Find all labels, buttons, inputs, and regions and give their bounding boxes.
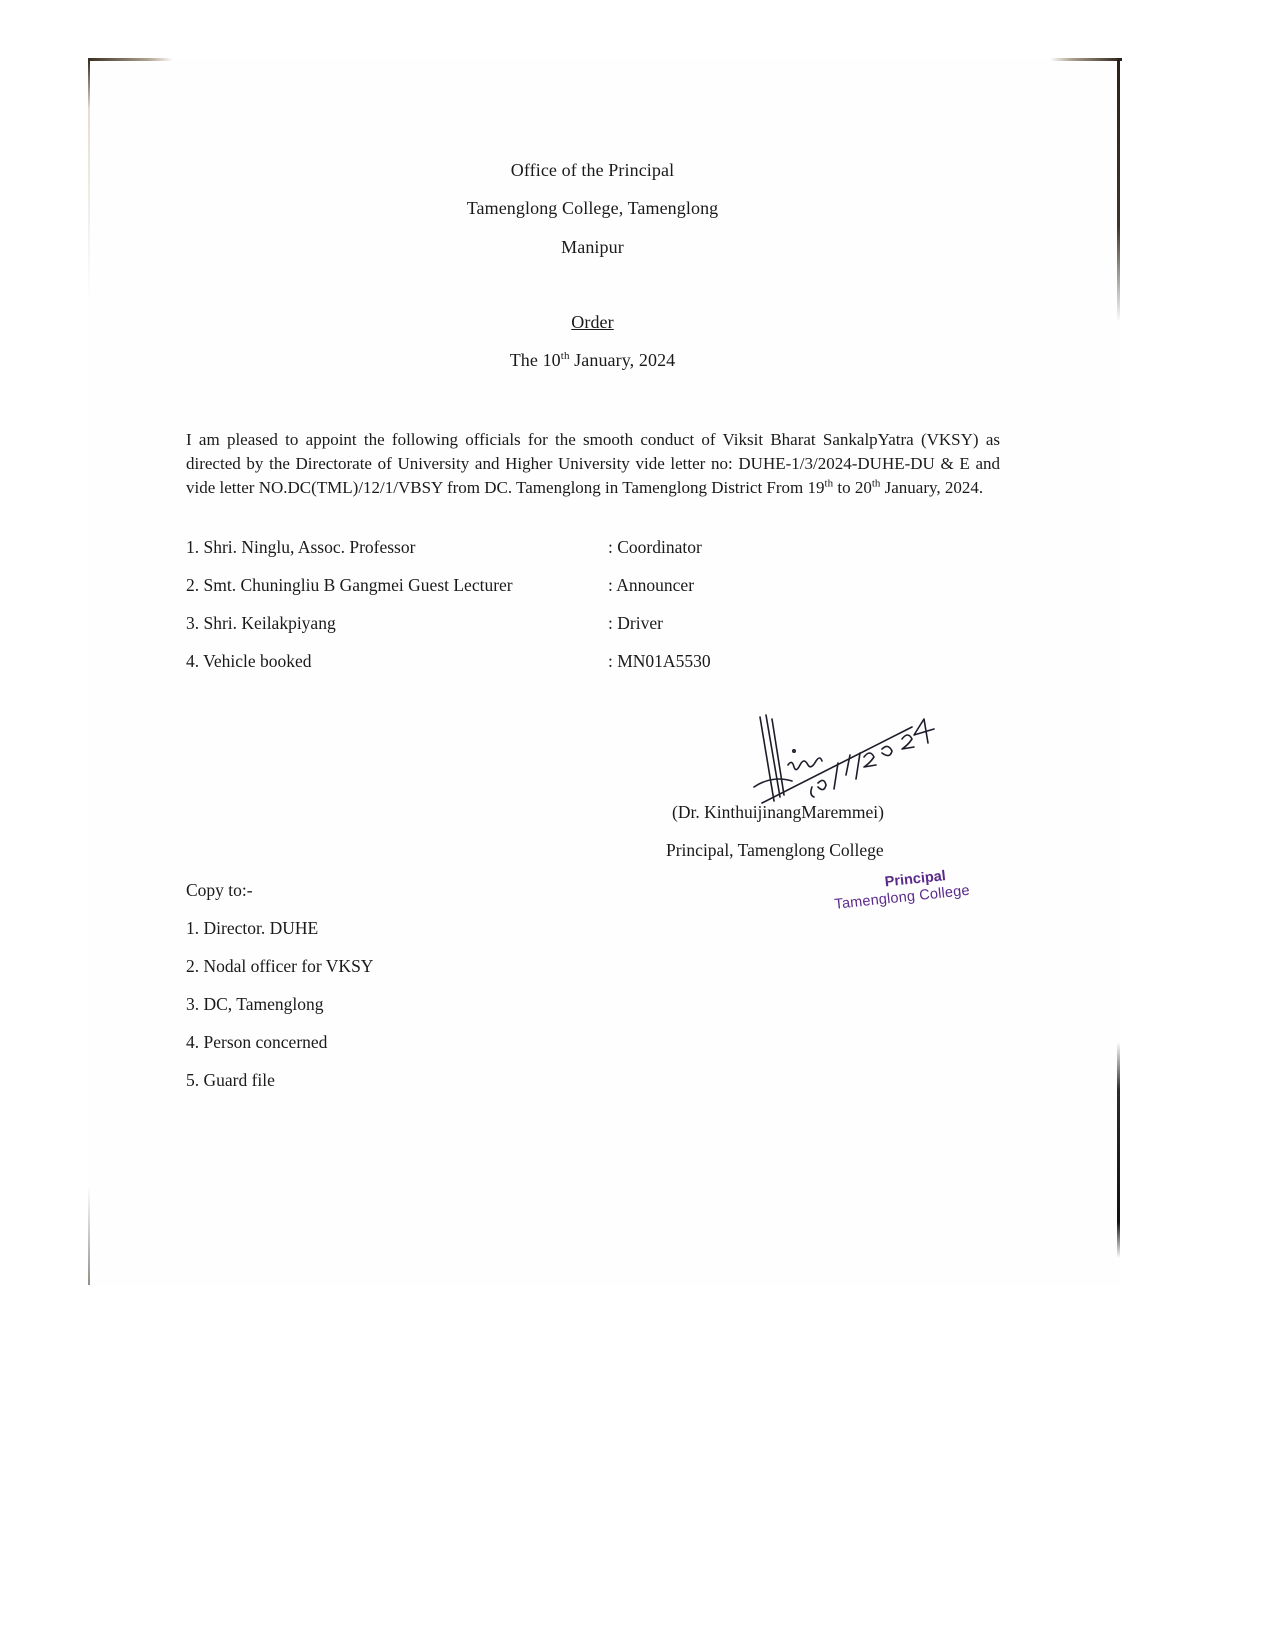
copy-to-item: 1. Director. DUHE (186, 918, 318, 939)
order-paragraph: I am pleased to appoint the following of… (186, 428, 1000, 500)
state-heading: Manipur (0, 237, 1185, 258)
page-edge-top-right (1050, 58, 1122, 61)
copy-to-item: 2. Nodal officer for VKSY (186, 956, 373, 977)
college-heading: Tamenglong College, Tamenglong (0, 198, 1185, 219)
appointee-role: : Announcer (608, 575, 694, 596)
signatory-title: Principal, Tamenglong College (666, 840, 884, 861)
order-date: The 10th January, 2024 (0, 350, 1185, 371)
appointee-role: : Coordinator (608, 537, 702, 558)
copy-to-item: 3. DC, Tamenglong (186, 994, 323, 1015)
page-edge-top-left (88, 58, 173, 61)
signatory-name: (Dr. KinthuijinangMaremmei) (672, 802, 884, 823)
copy-to-item: 5. Guard file (186, 1070, 275, 1091)
appointee-role: : MN01A5530 (608, 651, 711, 672)
appointee-label: 1. Shri. Ninglu, Assoc. Professor (186, 537, 415, 558)
office-heading: Office of the Principal (0, 160, 1185, 181)
copy-to-item: 4. Person concerned (186, 1032, 327, 1053)
appointee-label: 4. Vehicle booked (186, 651, 312, 672)
handwritten-signature (752, 705, 952, 815)
appointee-label: 2. Smt. Chuningliu B Gangmei Guest Lectu… (186, 575, 513, 596)
appointee-role: : Driver (608, 613, 663, 634)
appointee-label: 3. Shri. Keilakpiyang (186, 613, 336, 634)
order-title: Order (0, 312, 1185, 333)
copy-to-heading: Copy to:- (186, 880, 253, 901)
